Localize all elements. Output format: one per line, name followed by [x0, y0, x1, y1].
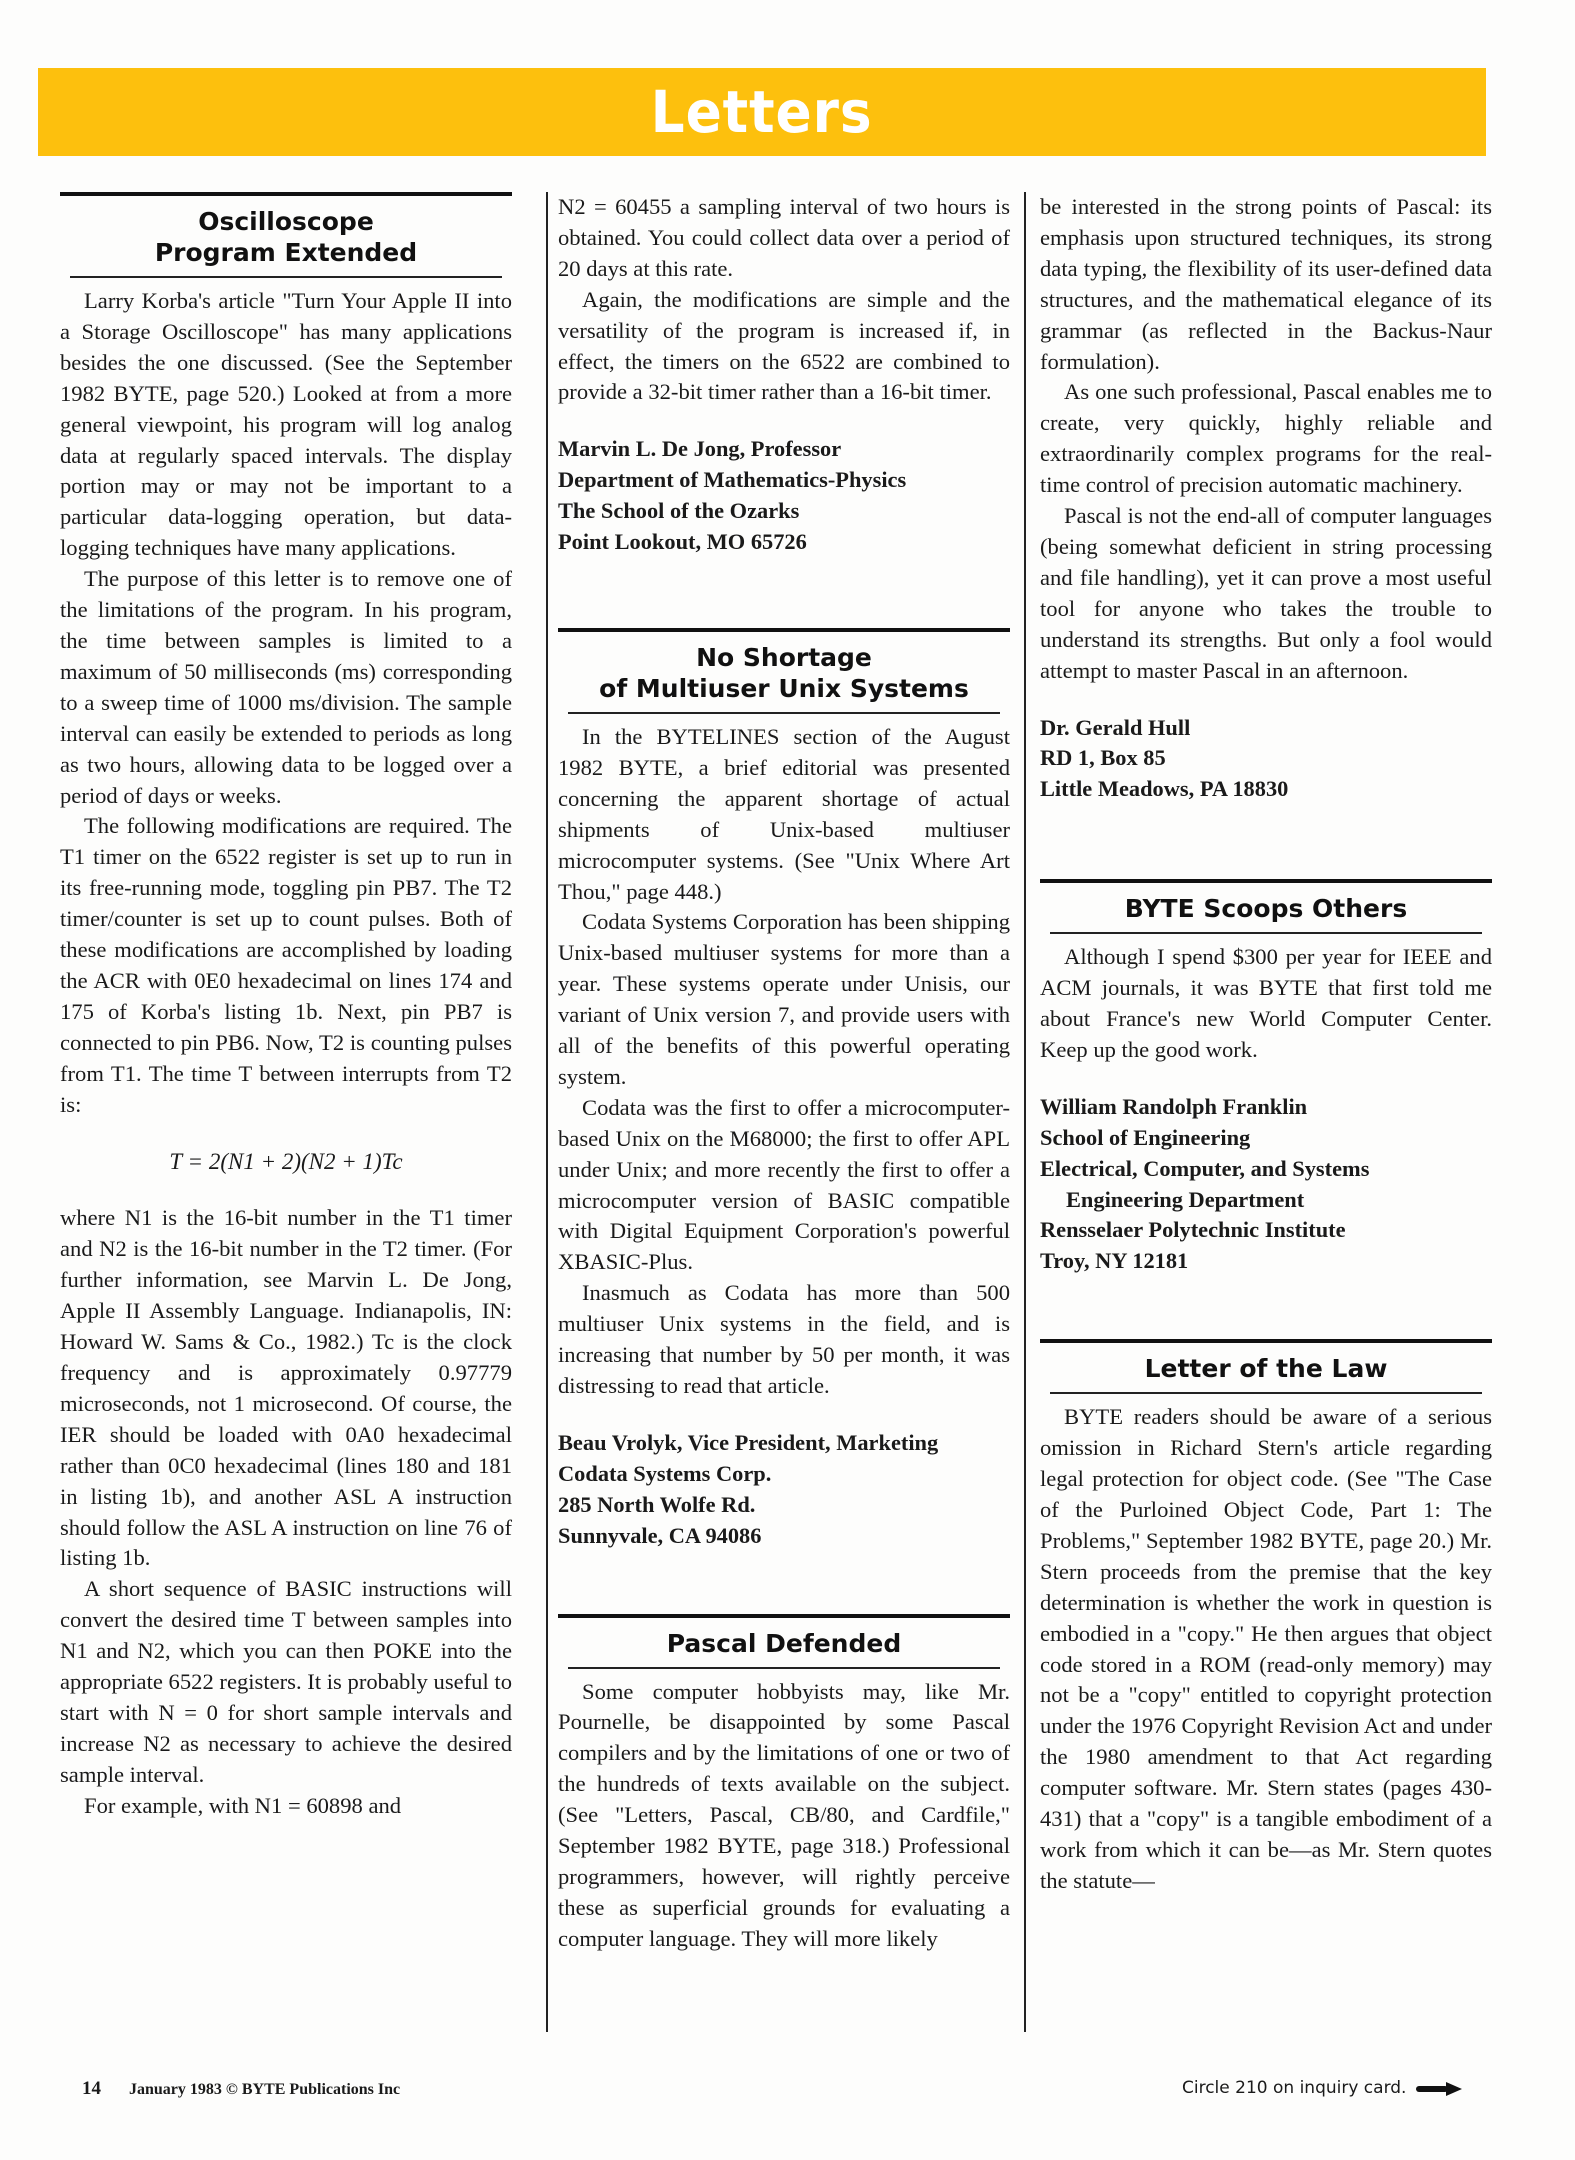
letter-header: Oscilloscope Program Extended	[60, 192, 512, 278]
paragraph: Some computer hobbyists may, like Mr. Po…	[558, 1677, 1010, 1955]
paragraph: For example, with N1 = 60898 and	[60, 1791, 512, 1822]
page-title: Letters	[651, 78, 873, 146]
divider	[1050, 1392, 1482, 1394]
letter-header: No Shortage of Multiuser Unix Systems	[558, 628, 1010, 714]
paragraph: The following modifications are required…	[60, 811, 512, 1120]
letter-headline: Oscilloscope Program Extended	[60, 196, 512, 276]
column-divider	[546, 192, 548, 2032]
letter-header: BYTE Scoops Others	[1040, 879, 1492, 934]
letter-headline: Pascal Defended	[558, 1618, 1010, 1667]
letter-header: Pascal Defended	[558, 1614, 1010, 1669]
formula: T = 2(N1 + 2)(N2 + 1)Tc	[60, 1146, 512, 1177]
paragraph: Although I spend $300 per year for IEEE …	[1040, 942, 1492, 1066]
column-2: N2 = 60455 a sampling interval of two ho…	[558, 192, 1010, 1955]
column-divider	[1024, 192, 1026, 2032]
paragraph: Pascal is not the end-all of computer la…	[1040, 501, 1492, 686]
paragraph: As one such professional, Pascal enables…	[1040, 377, 1492, 501]
paragraph: Inasmuch as Codata has more than 500 mul…	[558, 1278, 1010, 1402]
paragraph: BYTE readers should be aware of a seriou…	[1040, 1402, 1492, 1897]
signature: Dr. Gerald Hull RD 1, Box 85 Little Mead…	[1040, 713, 1492, 806]
section-banner: Letters	[38, 68, 1486, 156]
paragraph: where N1 is the 16-bit number in the T1 …	[60, 1203, 512, 1574]
paragraph: A short sequence of BASIC instructions w…	[60, 1574, 512, 1790]
letter-headline: No Shortage of Multiuser Unix Systems	[558, 632, 1010, 712]
divider	[568, 1667, 1000, 1669]
signature: William Randolph Franklin School of Engi…	[1040, 1092, 1492, 1277]
page-number: 14	[82, 2078, 101, 2099]
divider	[568, 712, 1000, 714]
letter-headline: Letter of the Law	[1040, 1343, 1492, 1392]
paragraph: Larry Korba's article "Turn Your Apple I…	[60, 286, 512, 564]
right-arrow-icon	[1416, 2081, 1462, 2095]
column-3: be interested in the strong points of Pa…	[1040, 192, 1492, 1897]
signature: Marvin L. De Jong, Professor Department …	[558, 434, 1010, 558]
inquiry-note: Circle 210 on inquiry card.	[1182, 2078, 1462, 2098]
divider	[70, 276, 502, 278]
column-1: Oscilloscope Program Extended Larry Korb…	[60, 192, 512, 1822]
paragraph: Again, the modifications are simple and …	[558, 285, 1010, 409]
paragraph: Codata Systems Corporation has been ship…	[558, 907, 1010, 1092]
paragraph: The purpose of this letter is to remove …	[60, 564, 512, 811]
copyright-credit: January 1983 © BYTE Publications Inc	[129, 2081, 400, 2098]
paragraph: In the BYTELINES section of the August 1…	[558, 722, 1010, 907]
paragraph: be interested in the strong points of Pa…	[1040, 192, 1492, 377]
paragraph: N2 = 60455 a sampling interval of two ho…	[558, 192, 1010, 285]
paragraph: Codata was the first to offer a microcom…	[558, 1093, 1010, 1278]
inquiry-text: Circle 210 on inquiry card.	[1182, 2078, 1406, 2098]
page-footer: 14 January 1983 © BYTE Publications Inc	[82, 2078, 400, 2100]
divider	[1050, 932, 1482, 934]
signature: Beau Vrolyk, Vice President, Marketing C…	[558, 1428, 1010, 1552]
letter-header: Letter of the Law	[1040, 1339, 1492, 1394]
letter-headline: BYTE Scoops Others	[1040, 883, 1492, 932]
